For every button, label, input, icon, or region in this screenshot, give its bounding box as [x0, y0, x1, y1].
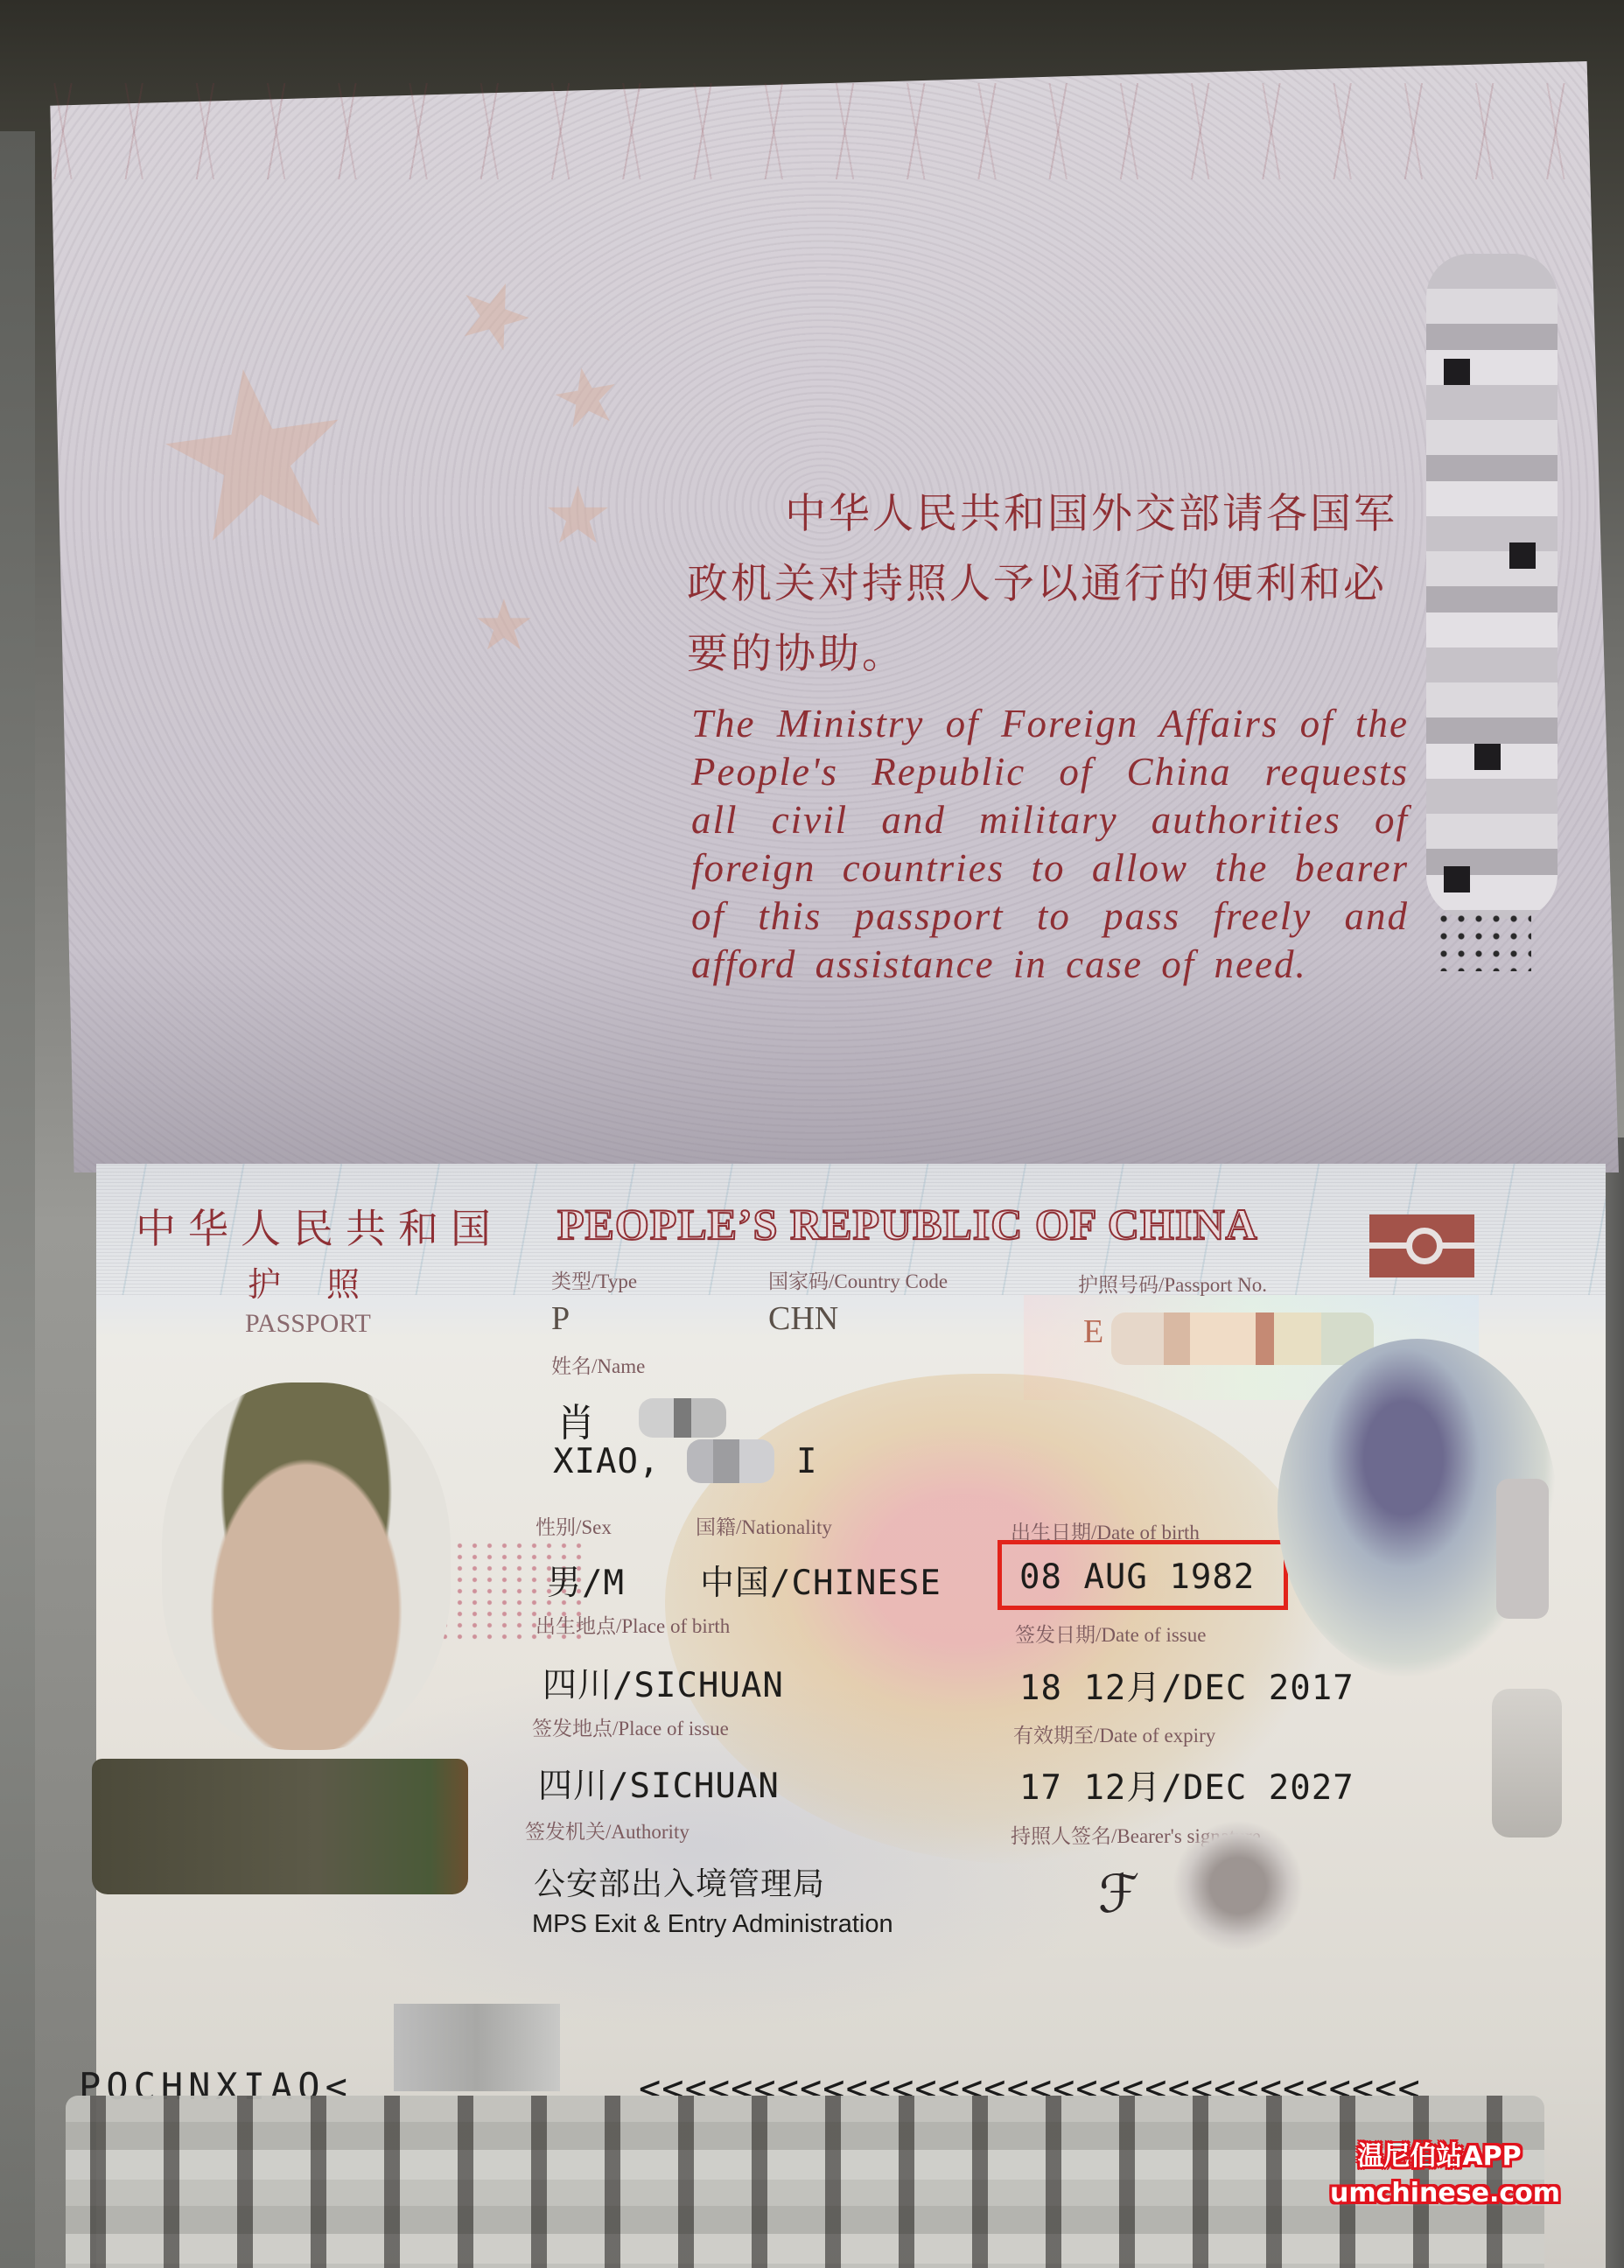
redacted-passport-no	[1111, 1312, 1374, 1365]
label-sex: 性别/Sex	[535, 1511, 612, 1540]
site-watermark: 温尼伯站APP umchinese.com	[1330, 2138, 1549, 2212]
redacted-mrz-line-2	[66, 2096, 1544, 2268]
label-type: 类型/Type	[551, 1265, 637, 1294]
surface-edge	[0, 131, 35, 2268]
doc-title-en: PASSPORT	[245, 1309, 371, 1339]
redacted-name-cn	[639, 1398, 726, 1438]
value-place-of-birth: 四川/SICHUAN	[542, 1658, 784, 1707]
value-place-of-issue: 四川/SICHUAN	[538, 1759, 780, 1808]
value-country-code: CHN	[768, 1299, 838, 1338]
mosaic-block	[1509, 542, 1536, 569]
guilloche-border	[35, 83, 1601, 179]
highlight-box-date-of-birth	[997, 1540, 1288, 1610]
label-place-of-issue: 签发地点/Place of issue	[532, 1712, 729, 1741]
value-name-en: XIAO,	[553, 1442, 660, 1481]
label-authority: 签发机关/Authority	[525, 1816, 689, 1844]
perforation-dots	[1435, 910, 1531, 971]
value-date-of-issue: 18 12月/DEC 2017	[1019, 1661, 1354, 1710]
request-text-english: The Ministry of Foreign Affairs of the P…	[691, 700, 1409, 989]
watermark-line2: umchinese.com	[1330, 2175, 1549, 2212]
value-type: P	[551, 1299, 570, 1338]
value-authority-cn: 公安部出入境管理局	[534, 1859, 825, 1904]
request-text-chinese: 中华人民共和国外交部请各国军 政机关对持照人予以通行的便利和必 要的协助。	[687, 479, 1422, 689]
mosaic-block	[1444, 359, 1470, 385]
chip-ring	[1406, 1228, 1443, 1264]
cn-line: 中华人民共和国外交部请各国军	[785, 490, 1397, 538]
epassport-chip-icon	[1369, 1214, 1474, 1277]
holder-photo-shoulders	[92, 1759, 468, 1894]
signature: ℱ	[1098, 1864, 1139, 1925]
redacted-area	[1496, 1479, 1549, 1619]
mosaic-block	[1444, 866, 1470, 892]
star-watermark-icon: ★	[472, 591, 535, 661]
value-date-of-expiry: 17 12月/DEC 2027	[1019, 1760, 1354, 1809]
redacted-area	[1426, 254, 1557, 919]
label-country-code: 国家码/Country Code	[768, 1265, 948, 1294]
label-date-of-issue: 签发日期/Date of issue	[1015, 1619, 1206, 1648]
redacted-signature	[1172, 1820, 1304, 1951]
header-country-cn: 中华人民共和国	[136, 1197, 503, 1255]
label-place-of-birth: 出生地点/Place of birth	[535, 1610, 730, 1639]
redacted-name-en	[687, 1439, 774, 1483]
value-name-en-tail: I	[796, 1442, 817, 1481]
value-name-cn: 肖	[556, 1391, 596, 1447]
redacted-mrz	[394, 2004, 560, 2091]
header-country-en: PEOPLE’S REPUBLIC OF CHINA	[557, 1199, 1258, 1249]
label-nationality: 国籍/Nationality	[696, 1511, 832, 1540]
holder-photo-redacted	[162, 1382, 451, 1750]
value-passport-no: E	[1083, 1312, 1103, 1351]
doc-title-cn: 护照	[248, 1257, 405, 1305]
value-nationality: 中国/CHINESE	[700, 1556, 941, 1605]
star-watermark-icon: ★	[138, 328, 372, 582]
cn-line: 要的协助。	[687, 619, 1422, 689]
label-name: 姓名/Name	[551, 1350, 645, 1379]
star-watermark-icon: ★	[542, 477, 613, 556]
value-authority-en: MPS Exit & Entry Administration	[532, 1910, 893, 1939]
redacted-area	[1492, 1689, 1562, 1837]
star-watermark-icon: ★	[545, 353, 628, 444]
label-passport-no: 护照号码/Passport No.	[1078, 1269, 1267, 1298]
watermark-line1: 温尼伯站APP	[1330, 2138, 1549, 2175]
cn-line: 政机关对持照人予以通行的便利和必	[687, 549, 1422, 619]
value-sex: 男/M	[547, 1556, 625, 1605]
label-date-of-expiry: 有效期至/Date of expiry	[1013, 1719, 1215, 1748]
mosaic-block	[1474, 744, 1501, 770]
